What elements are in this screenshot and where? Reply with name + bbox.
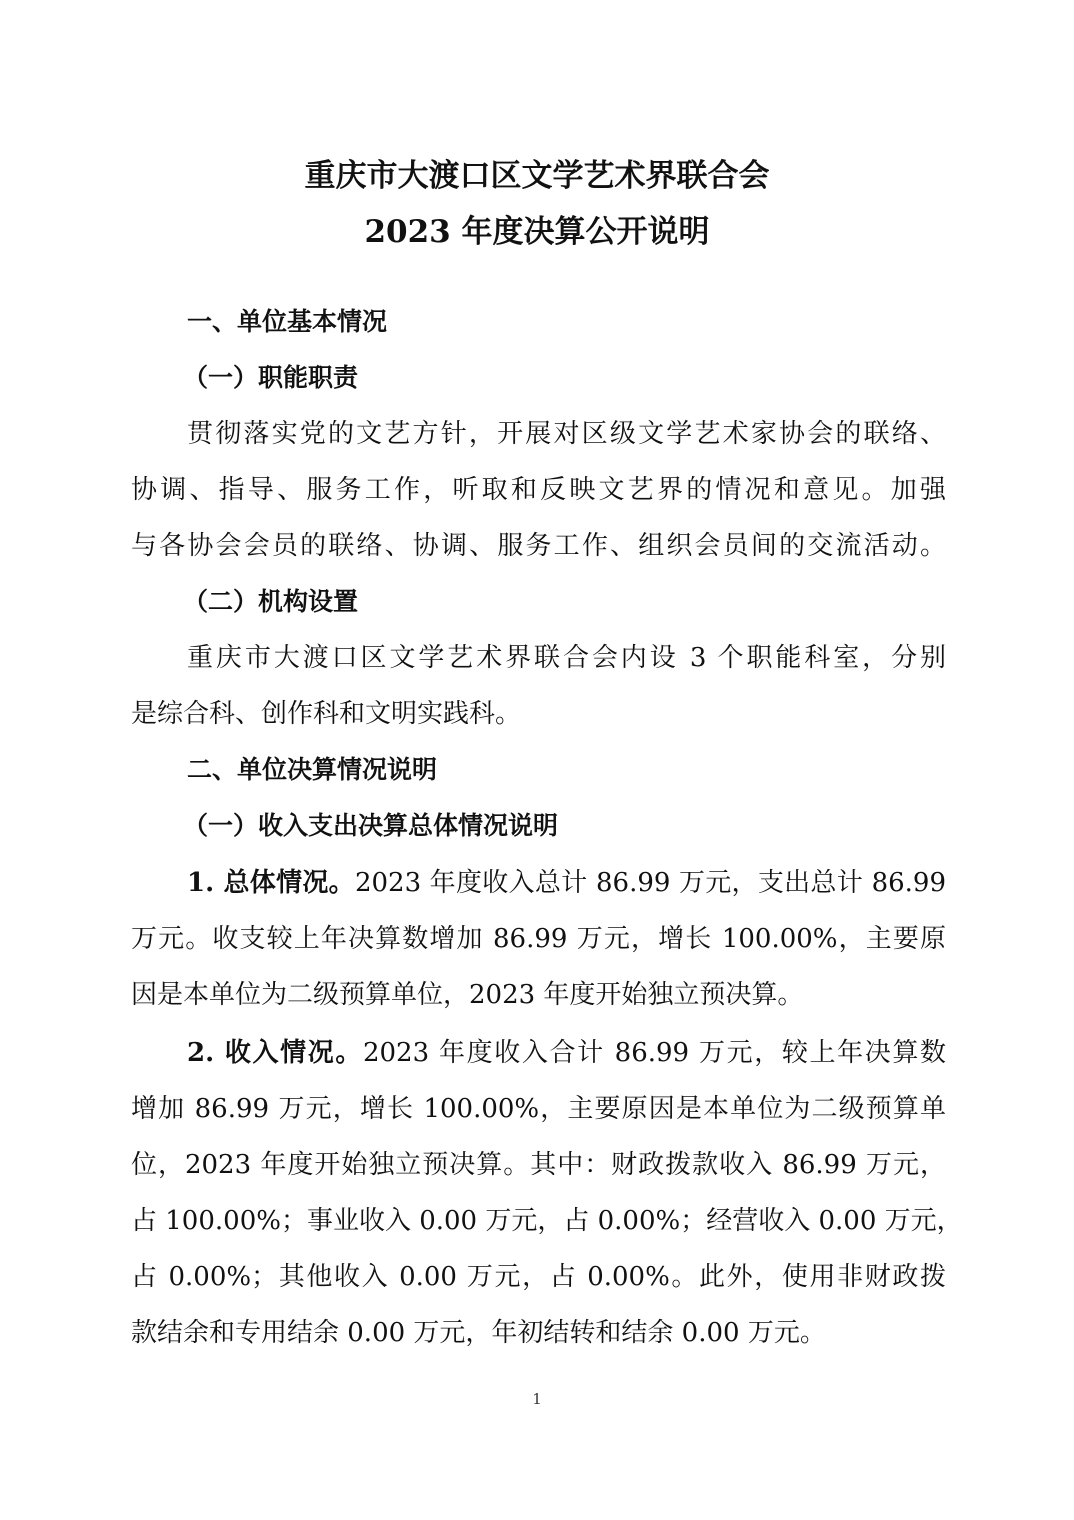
paragraph-line: 款结余和专用结余 0.00 万元，年初结转和结余 0.00 万元。 — [131, 1315, 946, 1351]
page-number: 1 — [0, 1390, 1074, 1408]
paragraph-line: 1. 总体情况。2023 年度收入总计 86.99 万元，支出总计 86.99 — [187, 865, 946, 901]
paragraph-line: 占 0.00%；其他收入 0.00 万元，占 0.00%。此外，使用非财政拨 — [131, 1259, 946, 1295]
subsection-heading-overall: （一）收入支出决算总体情况说明 — [183, 808, 998, 844]
paragraph-line: 占 100.00%；事业收入 0.00 万元，占 0.00%；经营收入 0.00… — [131, 1203, 946, 1239]
document-page: 重庆市大渡口区文学艺术界联合会 2023 年度决算公开说明 一、单位基本情况 （… — [0, 0, 1074, 1520]
paragraph-line: 因是本单位为二级预算单位，2023 年度开始独立预决算。 — [131, 977, 946, 1013]
subsection-heading-functions: （一）职能职责 — [183, 360, 998, 396]
item-label-overall: 1. 总体情况。 — [187, 868, 355, 898]
paragraph-line: 贯彻落实党的文艺方针，开展对区级文学艺术家协会的联络、 — [187, 416, 946, 452]
paragraph-line: 位，2023 年度开始独立预决算。其中：财政拨款收入 86.99 万元， — [131, 1147, 946, 1183]
document-title-line-1: 重庆市大渡口区文学艺术界联合会 — [0, 156, 1074, 196]
document-title-line-2: 2023 年度决算公开说明 — [0, 212, 1074, 252]
paragraph-line: 协调、指导、服务工作，听取和反映文艺界的情况和意见。加强 — [131, 472, 946, 508]
item-text: 2023 年度收入合计 86.99 万元，较上年决算数 — [363, 1038, 946, 1068]
item-text: 2023 年度收入总计 86.99 万元，支出总计 86.99 — [355, 868, 946, 898]
paragraph-line: 增加 86.99 万元，增长 100.00%，主要原因是本单位为二级预算单 — [131, 1091, 946, 1127]
item-label-income: 2. 收入情况。 — [187, 1038, 363, 1068]
paragraph-line: 与各协会会员的联络、协调、服务工作、组织会员间的交流活动。 — [131, 528, 946, 564]
paragraph-line: 重庆市大渡口区文学艺术界联合会内设 3 个职能科室，分别 — [187, 640, 946, 676]
paragraph-line: 2. 收入情况。2023 年度收入合计 86.99 万元，较上年决算数 — [187, 1035, 946, 1071]
subsection-heading-organization: （二）机构设置 — [183, 584, 998, 620]
section-heading-final-accounts: 二、单位决算情况说明 — [187, 752, 1002, 788]
section-heading-basic-info: 一、单位基本情况 — [187, 304, 1002, 340]
paragraph-line: 是综合科、创作科和文明实践科。 — [131, 696, 946, 732]
paragraph-line: 万元。收支较上年决算数增加 86.99 万元，增长 100.00%，主要原 — [131, 921, 946, 957]
